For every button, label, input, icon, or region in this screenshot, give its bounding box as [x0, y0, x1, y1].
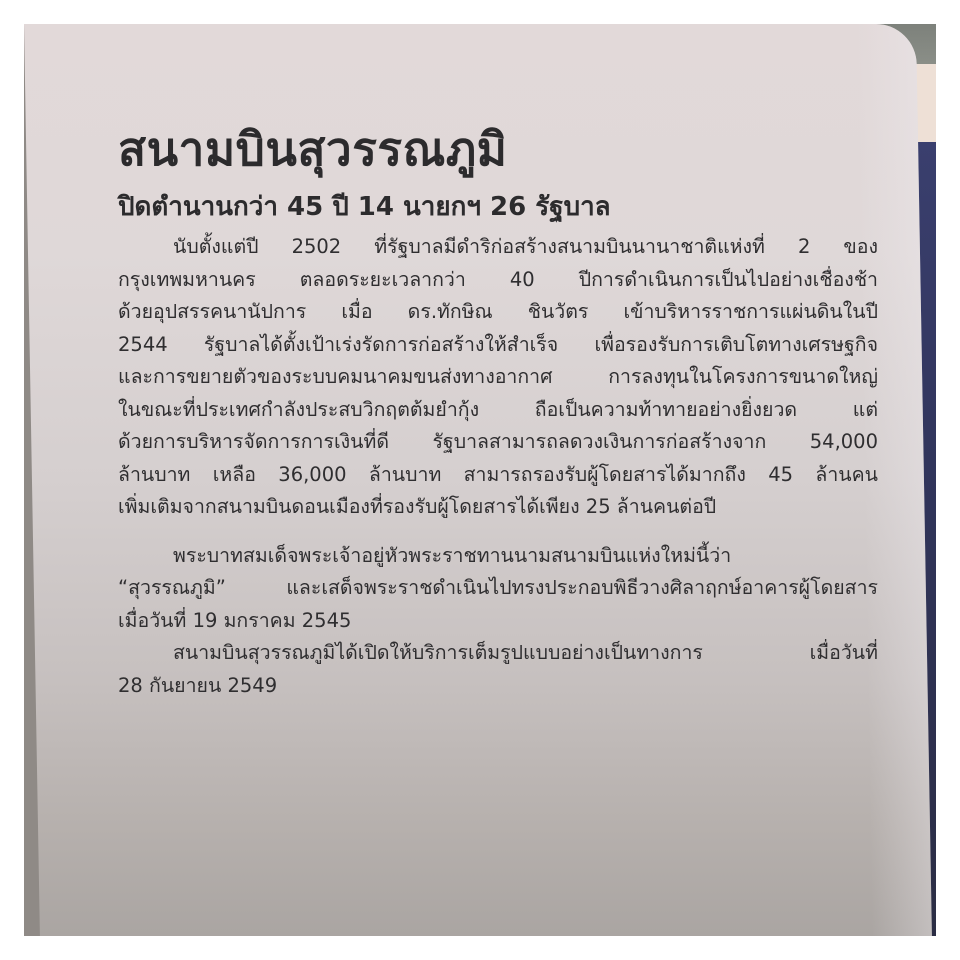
paragraph-1: นับตั้งแต่ปี 2502 ที่รัฐบาลมีดำริก่อสร้า…	[118, 231, 878, 524]
paragraph-line: เมื่อวันที่ 19 มกราคม 2545	[118, 605, 878, 638]
paragraph-line: ด้วยอุปสรรคนานัปการ เมื่อ ดร.ทักษิณ ชินว…	[118, 296, 878, 329]
paragraph-line: 2544 รัฐบาลได้ตั้งเป้าเร่งรัดการก่อสร้าง…	[118, 329, 878, 362]
paragraph-3: สนามบินสุวรรณภูมิได้เปิดให้บริการเต็มรูป…	[118, 637, 878, 702]
paragraph-2: พระบาทสมเด็จพระเจ้าอยู่หัวพระราชทานนามสน…	[118, 540, 878, 638]
photo-frame: สนามบินสุวรรณภูมิ ปิดตำนานกว่า 45 ปี 14 …	[24, 24, 936, 936]
paragraph-line: ในขณะที่ประเทศกำลังประสบวิกฤตต้มยำกุ้ง ถ…	[118, 394, 878, 427]
paragraph-line: กรุงเทพมหานคร ตลอดระยะเวลากว่า 40 ปีการด…	[118, 264, 878, 297]
paragraph-line: นับตั้งแต่ปี 2502 ที่รัฐบาลมีดำริก่อสร้า…	[118, 231, 878, 264]
paragraph-line: สนามบินสุวรรณภูมิได้เปิดให้บริการเต็มรูป…	[118, 637, 878, 670]
paragraph-line: เพิ่มเติมจากสนามบินดอนเมืองที่รองรับผู้โ…	[118, 491, 878, 524]
paragraph-line: ล้านบาท เหลือ 36,000 ล้านบาท สามารถรองรั…	[118, 459, 878, 492]
page-title: สนามบินสุวรรณภูมิ	[118, 119, 878, 179]
paragraph-line: “สุวรรณภูมิ” และเสด็จพระราชดำเนินไปทรงปร…	[118, 572, 878, 605]
page-content: สนามบินสุวรรณภูมิ ปิดตำนานกว่า 45 ปี 14 …	[118, 119, 878, 702]
page-subtitle: ปิดตำนานกว่า 45 ปี 14 นายกฯ 26 รัฐบาล	[118, 187, 878, 227]
paragraph-line: 28 กันยายน 2549	[118, 670, 878, 703]
paragraph-gap	[118, 524, 878, 540]
paragraph-line: พระบาทสมเด็จพระเจ้าอยู่หัวพระราชทานนามสน…	[118, 540, 878, 573]
paragraph-line: และการขยายตัวของระบบคมนาคมขนส่งทางอากาศ …	[118, 361, 878, 394]
paragraph-line: ด้วยการบริหารจัดการการเงินที่ดี รัฐบาลสา…	[118, 426, 878, 459]
